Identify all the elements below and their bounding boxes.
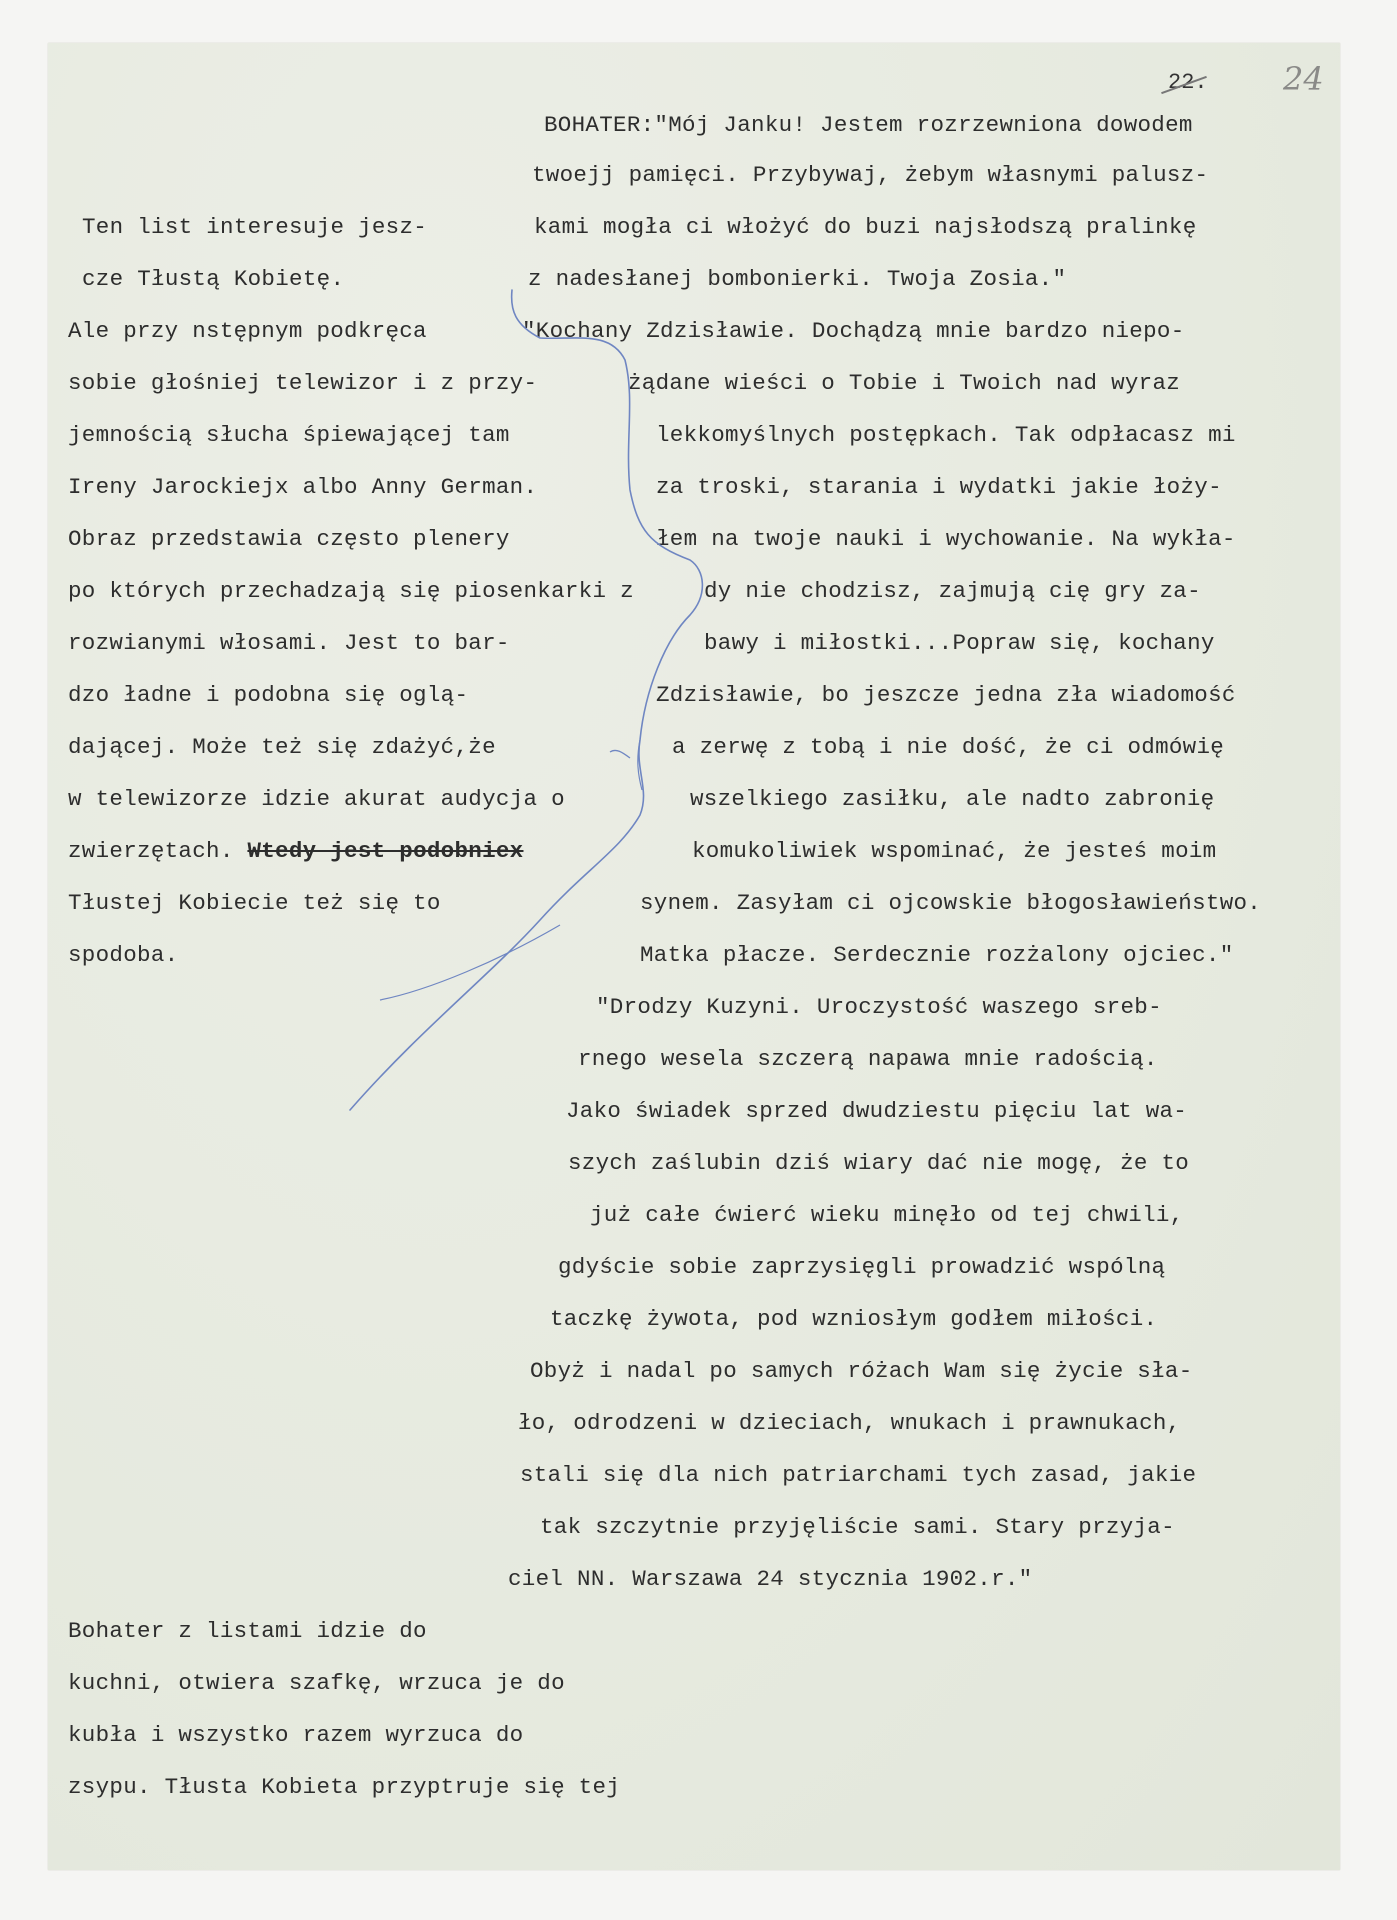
text-line: za troski, starania i wydatki jakie łoży… [656,472,1222,502]
text-line: "Drodzy Kuzyni. Uroczystość waszego sreb… [596,992,1162,1022]
text-line: rnego wesela szczerą napawa mnie radości… [578,1044,1158,1074]
text-line: już całe ćwierć wieku minęło od tej chwi… [590,1200,1184,1230]
text-line: kubła i wszystko razem wyrzuca do [68,1720,523,1750]
text-line: stali się dla nich patriarchami tych zas… [520,1460,1196,1490]
text-line: zsypu. Tłusta Kobieta przyptruje się tej [68,1772,620,1802]
text-line: w telewizorze idzie akurat audycja o [68,784,565,814]
text-line: po których przechadzają się piosenkarki … [68,576,634,606]
text-line: Bohater z listami idzie do [68,1616,427,1646]
text-line: żądane wieści o Tobie i Twoich nad wyraz [628,368,1180,398]
text-line: kami mogła ci włożyć do buzi najsłodszą … [534,212,1197,242]
text-line: Obyż i nadal po samych różach Wam się ży… [530,1356,1193,1386]
text-line: kuchni, otwiera szafkę, wrzuca je do [68,1668,565,1698]
text-line: "Kochany Zdzisławie. Dochądzą mnie bardz… [522,316,1185,346]
text-line: łem na twoje nauki i wychowanie. Na wykł… [656,524,1236,554]
text-line: zwierzętach. Wtedy jest podobniex [68,836,523,866]
text-line: Zdzisławie, bo jeszcze jedna zła wiadomo… [656,680,1236,710]
typed-over-text: Wtedy jest podobniex [247,838,523,864]
text-line: sobie głośniej telewizor i z przy- [68,368,537,398]
text-line: cze Tłustą Kobietę. [82,264,344,294]
text-line: taczkę żywota, pod wzniosłym godłem miło… [550,1304,1157,1334]
text-line: a zerwę z tobą i nie dość, że ci odmówię [672,732,1224,762]
text-line: twoejj pamięci. Przybywaj, żebym własnym… [532,160,1208,190]
text-line: BOHATER:"Mój Janku! Jestem rozrzewniona … [544,110,1193,140]
text-line: jemnością słucha śpiewającej tam [68,420,510,450]
text-line: Ireny Jarockiejx albo Anny German. [68,472,537,502]
text-line: spodoba. [68,940,178,970]
text-line: dy nie chodzisz, zajmują cię gry za- [704,576,1201,606]
text-line: dającej. Może też się zdażyć,że [68,732,496,762]
text-line: rozwianymi włosami. Jest to bar- [68,628,510,658]
text-line: Matka płacze. Serdecznie rozżalony ojcie… [640,940,1234,970]
text-line: Tłustej Kobiecie też się to [68,888,441,918]
text-line: lekkomyślnych postępkach. Tak odpłacasz … [656,420,1236,450]
text-line: z nadesłanej bombonierki. Twoja Zosia." [528,264,1066,294]
text-line: Jako świadek sprzed dwudziestu pięciu la… [566,1096,1187,1126]
text-line: szych zaślubin dziś wiary dać nie mogę, … [568,1148,1189,1178]
text-line: Ten list interesuje jesz- [82,212,427,242]
text-line: komukoliwiek wspominać, że jesteś moim [692,836,1216,866]
text-line: tak szczytnie przyjęliście sami. Stary p… [540,1512,1175,1542]
text-line: bawy i miłostki...Popraw się, kochany [704,628,1215,658]
text-line: dzo ładne i podobna się oglą- [68,680,468,710]
text-line: ciel NN. Warszawa 24 stycznia 1902.r." [508,1564,1032,1594]
text-line: wszelkiego zasiłku, ale nadto zabronię [690,784,1214,814]
handwritten-page-number: 24 [1283,60,1324,98]
text-line: ło, odrodzeni w dzieciach, wnukach i pra… [518,1408,1181,1438]
text-line: synem. Zasyłam ci ojcowskie błogosławień… [640,888,1261,918]
text-line: Obraz przedstawia często plenery [68,524,510,554]
text-line: gdyście sobie zaprzysięgli prowadzić wsp… [558,1252,1165,1282]
text-line: Ale przy nstępnym podkręca [68,316,427,346]
